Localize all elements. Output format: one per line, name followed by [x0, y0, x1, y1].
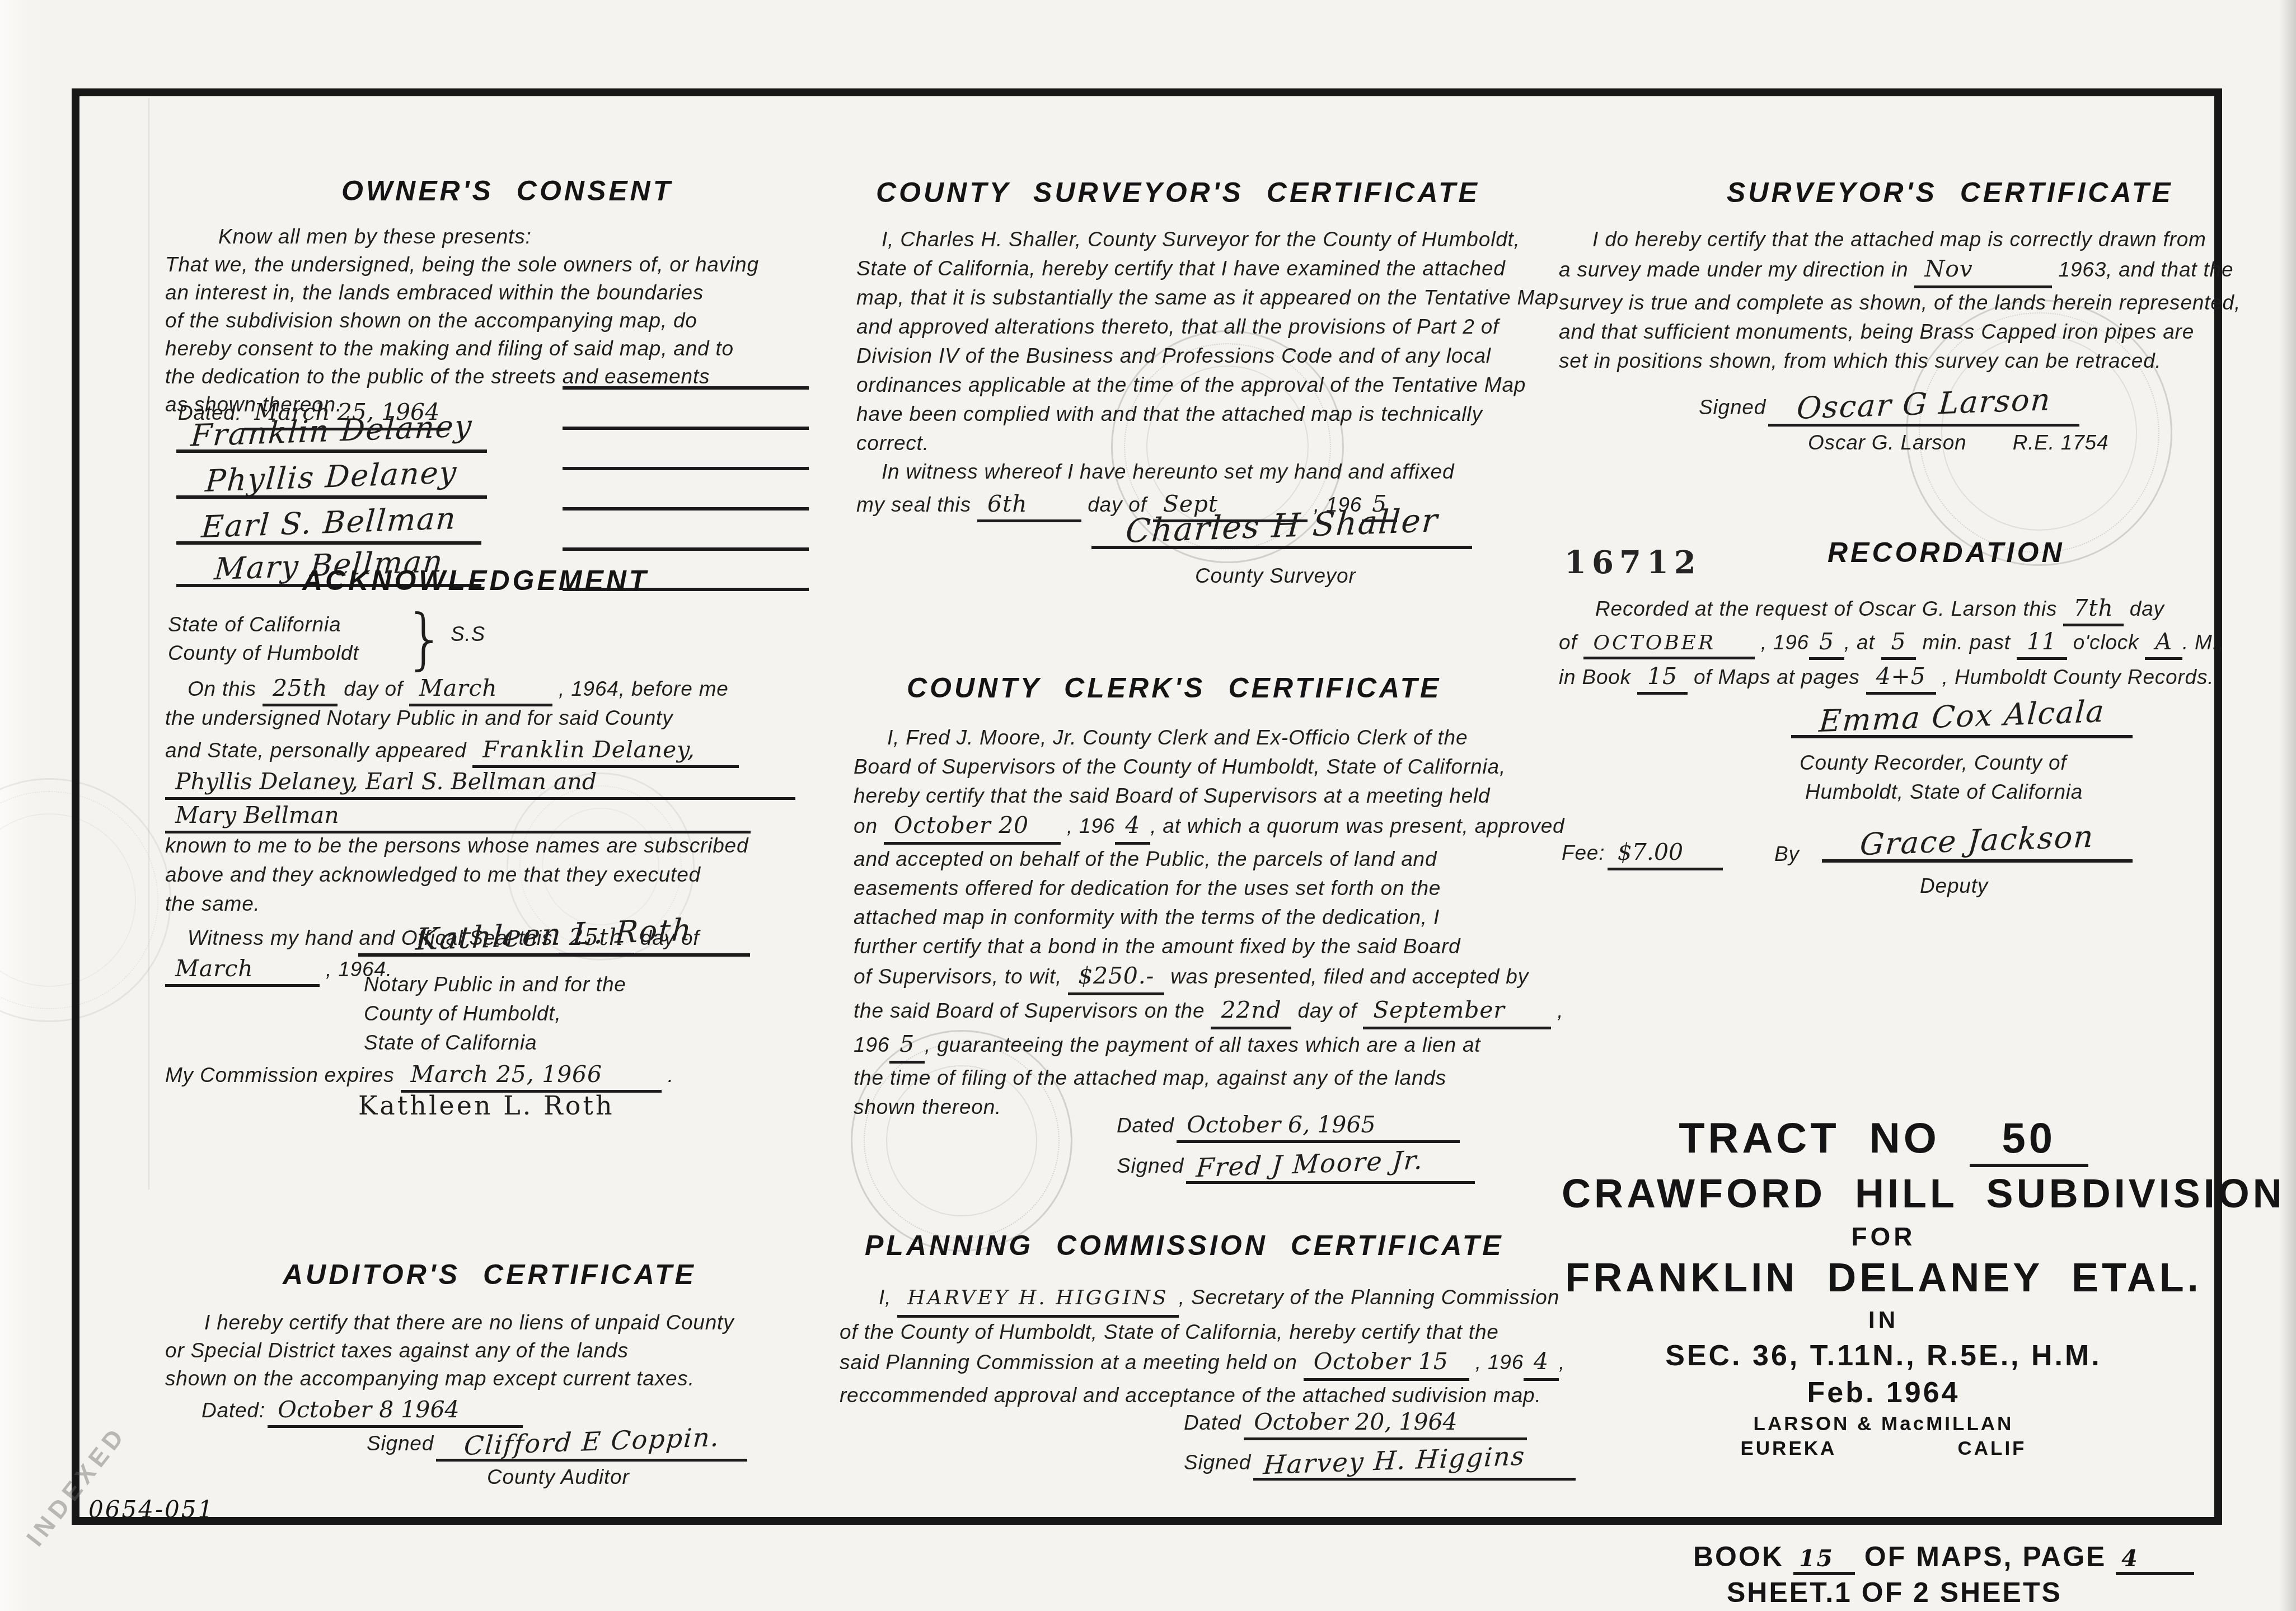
paragraph-line: on October 20 , 1964, at which a quorum … — [854, 811, 1564, 845]
book-page-row: BOOK 15 OF MAPS, PAGE 4 — [1693, 1540, 2194, 1575]
clerk-signature-line: Fred J Moore Jr. — [1186, 1149, 1475, 1184]
auditor-dated-row: Dated: October 8 1964 — [202, 1396, 523, 1428]
signed-label: Signed — [1117, 1154, 1184, 1177]
paragraph-line: set in positions shown, from which this … — [1559, 346, 2241, 376]
ss-brace: } — [404, 600, 446, 677]
firm-location-row: EUREKA CALIF — [1562, 1437, 2205, 1460]
paragraph-line: and that sufficient monuments, being Bra… — [1559, 317, 2241, 346]
paragraph-line: Division IV of the Business and Professi… — [856, 341, 1559, 371]
text-segment: , at which a quorum was present, approve… — [1150, 814, 1564, 837]
text-segment: day of — [1298, 999, 1357, 1022]
blank-signature-line — [563, 467, 809, 470]
text-segment: said Planning Commission at a meeting he… — [840, 1351, 1297, 1374]
ack-line-4: Phyllis Delaney, Earl S. Bellman and — [165, 768, 795, 800]
text-segment: . — [668, 1064, 674, 1087]
handwritten-hour: 11 — [2017, 628, 2067, 660]
paragraph-line: map, that it is substantially the same a… — [856, 283, 1559, 312]
paragraph-line: hereby consent to the making and filing … — [165, 335, 759, 363]
text-segment: , Humboldt County Records. — [1942, 666, 2214, 689]
handwritten-names: Phyllis Delaney, Earl S. Bellman and — [165, 768, 795, 800]
paragraph-line: I hereby certify that there are no liens… — [165, 1309, 734, 1337]
auditor-paragraph: I hereby certify that there are no liens… — [165, 1309, 734, 1393]
scan-right-edge-shadow — [2279, 0, 2296, 1611]
paragraph-line: or Special District taxes against any of… — [165, 1337, 734, 1365]
handwritten-month: Nov — [1914, 254, 2052, 288]
planning-dated-value: October 20, 1964 — [1244, 1408, 1527, 1440]
handwritten-month: March — [165, 955, 320, 987]
surveyors-certificate-heading: SURVEYOR'S CERTIFICATE — [1727, 176, 2173, 209]
county-auditor-title: County Auditor — [487, 1465, 630, 1489]
clerk-dated-row: Dated October 6, 1965 — [1117, 1111, 1460, 1143]
recordation-line-3: in Book 15 of Maps at pages 4+5 , Humbol… — [1559, 663, 2214, 695]
paragraph-line: and approved alterations thereto, that a… — [856, 312, 1559, 341]
text-segment: on — [854, 814, 878, 837]
text-segment: my seal this — [856, 493, 971, 516]
oscar-larson-printed: Oscar G. Larson — [1808, 431, 1966, 454]
paragraph-line: ordinances applicable at the time of the… — [856, 371, 1559, 400]
subdivision-name: CRAWFORD HILL SUBDIVISION — [1562, 1171, 2205, 1217]
text-segment: , Secretary of the Planning Commission — [1179, 1286, 1559, 1309]
paragraph-line: Know all men by these presents: — [165, 223, 759, 251]
notary-title-3: State of California — [364, 1031, 537, 1055]
county-clerks-certificate-heading: COUNTY CLERK'S CERTIFICATE — [907, 672, 1441, 704]
text-segment: o'clock — [2073, 631, 2139, 654]
recordation-line-2: of OCTOBER , 1965, at 5 min. past 11 o'c… — [1559, 628, 2225, 660]
paragraph-line: I, HARVEY H. HIGGINS, Secretary of the P… — [840, 1283, 1565, 1318]
book-number: 15 — [1793, 1545, 1855, 1575]
text-segment: 1963, and that the — [2059, 258, 2234, 281]
county-surveyor-paragraph: I, Charles H. Shaller, County Surveyor f… — [856, 225, 1559, 458]
fee-row: Fee: $7.00 — [1562, 839, 1723, 870]
signed-label: Signed — [367, 1432, 434, 1455]
paragraph-line: hereby certify that the said Board of Su… — [854, 781, 1564, 811]
maps-page-label: OF MAPS, PAGE — [1864, 1541, 2107, 1572]
sheet-count-row: SHEET.1 OF 2 SHEETS — [1727, 1576, 2062, 1609]
fred-moore-signature: Fred J Moore Jr. — [1196, 1145, 1425, 1183]
recorder-title-2: Humboldt, State of California — [1805, 780, 2083, 804]
map-date: Feb. 1964 — [1562, 1376, 2205, 1409]
text-segment: in Book — [1559, 666, 1631, 689]
dated-label: Dated — [1184, 1411, 1241, 1434]
paragraph-line: I do hereby certify that the attached ma… — [1559, 225, 2241, 254]
paragraph-line: of the County of Humboldt, State of Cali… — [840, 1318, 1565, 1347]
kathleen-roth-printed: Kathleen L. Roth — [358, 1090, 615, 1121]
paragraph-line: That we, the undersigned, being the sole… — [165, 251, 759, 279]
surveyor-paragraph: I do hereby certify that the attached ma… — [1559, 225, 2241, 376]
paragraph-line: 1965, guaranteeing the payment of all ta… — [854, 1029, 1564, 1064]
blank-signature-line — [563, 386, 809, 390]
paragraph-line: of Supervisors, to wit, $250.- was prese… — [854, 961, 1564, 995]
paragraph-line: I, Charles H. Shaller, County Surveyor f… — [856, 225, 1559, 254]
paragraph-line: the time of filing of the attached map, … — [854, 1064, 1564, 1093]
license-number: R.E. 1754 — [2013, 431, 2109, 454]
owner-signature-line-2: Phyllis Delaney — [176, 459, 487, 499]
ack-witness-date-line: March , 1964. — [165, 955, 392, 987]
paragraph-line: easements offered for dedication for the… — [854, 874, 1564, 903]
handwritten-book-number: 15 — [1637, 663, 1688, 695]
in-word: IN — [1562, 1306, 2205, 1333]
by-label: By — [1774, 842, 1800, 866]
text-segment: , 1964, before me — [559, 677, 729, 700]
paragraph-line: a survey made under my direction in Nov … — [1559, 254, 2241, 288]
paragraph-line: State of California, hereby certify that… — [856, 254, 1559, 283]
legal-location: SEC. 36, T.11N., R.5E., H.M. — [1562, 1339, 2205, 1373]
charles-shaller-signature: Charles H Shaller — [1124, 501, 1439, 550]
planning-paragraph: I, HARVEY H. HIGGINS, Secretary of the P… — [840, 1283, 1565, 1410]
blank-signature-line — [563, 427, 809, 430]
earl-bellman-signature: Earl S. Bellman — [200, 500, 458, 545]
ack-line-3: and State, personally appeared Franklin … — [165, 736, 739, 768]
paragraph-line: an interest in, the lands embraced withi… — [165, 279, 759, 307]
page-number: 4 — [2116, 1545, 2194, 1575]
text-segment: On this — [188, 677, 256, 700]
text-segment: min. past — [1923, 631, 2011, 654]
for-word: FOR — [1562, 1221, 2205, 1252]
text-segment: was presented, filed and accepted by — [1170, 965, 1529, 988]
paragraph-line: correct. — [856, 429, 1559, 458]
handwritten-date: October 20 — [884, 811, 1061, 845]
county-surveyor-title: County Surveyor — [1195, 564, 1356, 588]
book-label: BOOK — [1693, 1541, 1784, 1572]
handwritten-name: Franklin Delaney, — [472, 736, 739, 768]
kathleen-roth-signature: Kathleen L. Roth — [415, 912, 694, 957]
cs-witness-line: In witness whereof I have hereunto set m… — [882, 460, 1454, 484]
planning-commission-certificate-heading: PLANNING COMMISSION CERTIFICATE — [865, 1229, 1504, 1262]
county-recorder-signature-line: Emma Cox Alcala — [1791, 699, 2133, 738]
owners-consent-heading: OWNER'S CONSENT — [341, 175, 673, 207]
franklin-delaney-signature: Franklin Delaney — [190, 408, 474, 453]
text-segment: I, — [879, 1286, 891, 1309]
deputy-title: Deputy — [1920, 874, 1988, 898]
handwritten-year-digit: 5 — [1809, 628, 1844, 660]
recordation-heading: RECORDATION — [1828, 536, 2065, 569]
paragraph-line: survey is true and complete as shown, of… — [1559, 288, 2241, 317]
notary-signature-line: Kathleen L. Roth — [358, 917, 750, 957]
text-segment: day — [2130, 597, 2164, 620]
notary-title-2: County of Humboldt, — [364, 1002, 561, 1025]
text-segment: the said Board of Supervisors on the — [854, 999, 1205, 1022]
blank-signature-line — [563, 547, 809, 551]
acknowledgement-heading: ACKNOWLEDGEMENT — [302, 564, 649, 597]
text-segment: of Maps at pages — [1694, 666, 1860, 689]
planning-signature-line: Harvey H. Higgins — [1253, 1445, 1576, 1481]
filing-code-note: 0654-051 — [88, 1496, 214, 1523]
signed-label: Signed — [1699, 396, 1766, 419]
text-segment: 196 — [854, 1033, 889, 1056]
owner-signature-line-1: Franklin Delaney — [176, 413, 487, 453]
handwritten-year-digit: 4 — [1115, 811, 1150, 845]
surveyor-printed-name-row: Oscar G. Larson R.E. 1754 — [1808, 431, 2108, 455]
commission-row: My Commission expires March 25, 1966 . — [165, 1061, 674, 1093]
dated-label: Dated — [1117, 1114, 1174, 1137]
signed-label: Signed — [1184, 1451, 1251, 1474]
ack-state-line: State of California — [168, 613, 341, 636]
recordation-line-1: Recorded at the request of Oscar G. Lars… — [1595, 594, 2164, 626]
paragraph-line: further certify that a bond in the amoun… — [854, 932, 1564, 961]
ack-line-5: Mary Bellman — [165, 802, 751, 833]
handwritten-month: September — [1363, 995, 1551, 1029]
paragraph-line: said Planning Commission at a meeting he… — [840, 1347, 1565, 1381]
text-segment: Recorded at the request of Oscar G. Lars… — [1595, 597, 2057, 620]
handwritten-name: Mary Bellman — [165, 802, 751, 833]
planning-signed-row: Signed Harvey H. Higgins — [1184, 1445, 1576, 1481]
ack-line-7: above and they acknowledged to me that t… — [165, 863, 701, 887]
county-surveyor-signature-line: Charles H Shaller — [1091, 507, 1472, 549]
text-segment: a survey made under my direction in — [1559, 258, 1908, 281]
text-segment: , guaranteeing the payment of all taxes … — [925, 1033, 1480, 1056]
text-segment: and State, personally appeared — [165, 739, 466, 762]
auditor-signed-row: Signed Clifford E Coppin. — [367, 1426, 747, 1462]
county-surveyors-certificate-heading: COUNTY SURVEYOR'S CERTIFICATE — [876, 176, 1480, 209]
clerk-signed-row: Signed Fred J Moore Jr. — [1117, 1149, 1475, 1184]
firm-state: CALIF — [1957, 1437, 2026, 1459]
paragraph-line: reccommended approval and acceptance of … — [840, 1381, 1565, 1410]
ack-line-2: the undersigned Notary Public in and for… — [165, 706, 673, 730]
text-segment: , 196 — [1067, 814, 1115, 837]
text-segment: of — [1559, 631, 1577, 654]
recordation-document-number: 16712 — [1564, 544, 1702, 581]
handwritten-year-digit: 4 — [1524, 1347, 1559, 1381]
ack-line-1: On this 25th day of March , 1964, before… — [188, 675, 729, 706]
deputy-signature-line: Grace Jackson — [1822, 823, 2133, 863]
clifford-coppin-signature: Clifford E Coppin. — [463, 1422, 721, 1461]
ack-line-8: the same. — [165, 892, 260, 916]
fee-label: Fee: — [1562, 841, 1605, 864]
handwritten-minutes: 5 — [1881, 628, 1917, 660]
surveyor-signature-line: Oscar G Larson — [1768, 386, 2079, 427]
handwritten-secretary-name: HARVEY H. HIGGINS — [897, 1284, 1179, 1318]
client-name: FRANKLIN DELANEY ETAL. — [1562, 1255, 2205, 1301]
dated-label: Dated: — [202, 1399, 265, 1422]
emma-cox-alcala-signature: Emma Cox Alcala — [1818, 694, 2106, 739]
harvey-higgins-signature: Harvey H. Higgins — [1263, 1441, 1527, 1481]
handwritten-day: 22nd — [1211, 995, 1291, 1029]
commission-label: My Commission expires — [165, 1064, 395, 1087]
text-segment: of Supervisors, to wit, — [854, 965, 1062, 988]
auditors-certificate-heading: AUDITOR'S CERTIFICATE — [283, 1258, 696, 1291]
auditor-signature-line: Clifford E Coppin. — [436, 1426, 747, 1462]
paragraph-line: of the subdivision shown on the accompan… — [165, 307, 759, 335]
ack-county-line: County of Humboldt — [168, 641, 359, 665]
handwritten-day: 6th — [977, 490, 1081, 522]
handwritten-month: March — [409, 675, 552, 706]
tract-number-line: 50 — [1970, 1114, 2088, 1167]
planning-dated-row: Dated October 20, 1964 — [1184, 1408, 1527, 1440]
scanned-subdivision-certificate-sheet: OWNER'S CONSENT Know all men by these pr… — [0, 0, 2296, 1611]
ack-line-6: known to me to be the persons whose name… — [165, 834, 748, 858]
phyllis-delaney-signature: Phyllis Delaney — [204, 455, 458, 499]
firm-name: LARSON & MacMILLAN — [1562, 1413, 2205, 1435]
text-segment: , 196 — [1761, 631, 1809, 654]
paragraph-line: have been complied with and that the att… — [856, 400, 1559, 429]
text-segment: , 196 — [1475, 1351, 1524, 1374]
auditor-dated-value: October 8 1964 — [268, 1396, 523, 1428]
county-clerk-paragraph: I, Fred J. Moore, Jr. County Clerk and E… — [854, 723, 1564, 1122]
ack-ss-label: S.S — [451, 622, 485, 646]
paragraph-line: I, Fred J. Moore, Jr. County Clerk and E… — [854, 723, 1564, 752]
clerk-dated-value: October 6, 1965 — [1177, 1111, 1460, 1143]
firm-city: EUREKA — [1740, 1437, 1836, 1459]
paragraph-line: attached map in conformity with the term… — [854, 903, 1564, 932]
handwritten-meridiem: A — [2145, 628, 2182, 660]
handwritten-day: 25th — [263, 675, 338, 706]
oscar-larson-signature: Oscar G Larson — [1796, 382, 2053, 426]
paragraph-line: and accepted on behalf of the Public, th… — [854, 845, 1564, 874]
handwritten-year-digit: 5 — [889, 1029, 925, 1064]
text-segment: , at — [1844, 631, 1875, 654]
surveyor-signed-row: Signed Oscar G Larson — [1699, 386, 2079, 427]
handwritten-month: OCTOBER — [1583, 631, 1755, 659]
notary-title-1: Notary Public in and for the — [364, 973, 626, 996]
paragraph-line: Board of Supervisors of the County of Hu… — [854, 752, 1564, 781]
text-segment: . M., — [2182, 631, 2225, 654]
text-segment: day of — [344, 677, 403, 700]
tract-number-row: TRACT NO 50 — [1562, 1114, 2205, 1167]
notary-printed-name: Kathleen L. Roth — [358, 1090, 615, 1121]
fee-value: $7.00 — [1608, 839, 1723, 870]
tract-number: 50 — [2002, 1114, 2056, 1162]
tract-label: TRACT NO — [1679, 1114, 1940, 1162]
handwritten-date: October 15 — [1304, 1347, 1469, 1381]
recorder-title-1: County Recorder, County of — [1800, 751, 2067, 775]
commission-date: March 25, 1966 — [401, 1061, 662, 1093]
paragraph-line: shown on the accompanying map except cur… — [165, 1365, 734, 1393]
grace-jackson-signature: Grace Jackson — [1859, 819, 2095, 863]
handwritten-bond-amount: $250.- — [1068, 961, 1164, 995]
text-segment: , — [1557, 999, 1563, 1022]
paragraph-line: the said Board of Supervisors on the 22n… — [854, 995, 1564, 1029]
owner-signature-line-3: Earl S. Bellman — [176, 505, 481, 545]
handwritten-day: 7th — [2063, 594, 2123, 626]
handwritten-page-numbers: 4+5 — [1866, 663, 1936, 695]
blank-signature-line — [563, 507, 809, 511]
